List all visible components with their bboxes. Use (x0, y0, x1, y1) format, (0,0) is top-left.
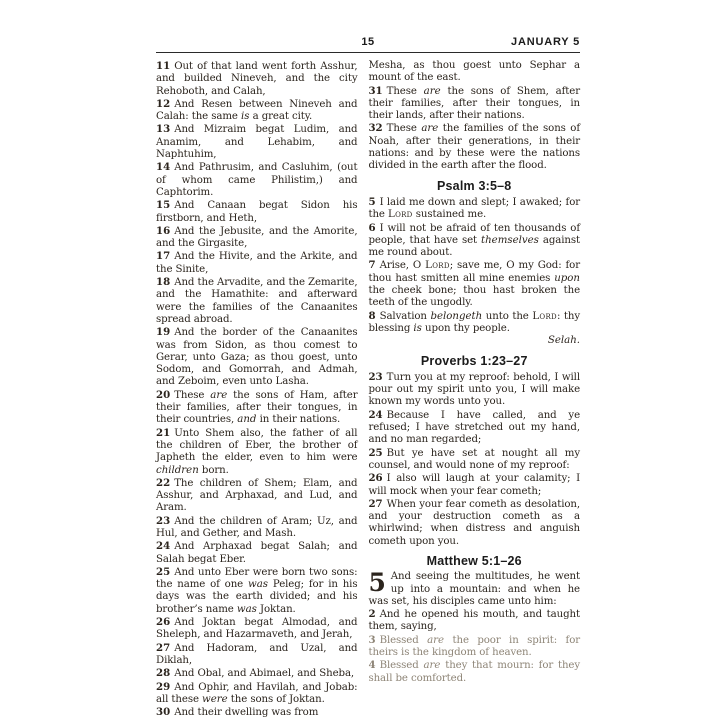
verse: 27And Hadoram, and Uzal, and Diklah, (156, 642, 357, 668)
verse-number: 22 (156, 477, 170, 489)
selah-line: Selah. (368, 335, 580, 347)
verse: 6I will not be afraid of ten thousands o… (368, 222, 580, 260)
verse: 7Arise, O Lord; save me, O my God: for t… (368, 259, 580, 309)
verse-number: 29 (156, 681, 170, 693)
verse-number: 11 (156, 60, 170, 72)
verse: 28And Obal, and Abimael, and Sheba, (156, 667, 357, 680)
verse-number: 26 (156, 616, 170, 628)
section-heading: Psalm 3:5–8 (368, 180, 580, 192)
page-date: JANUARY 5 (511, 36, 580, 48)
verse-number: 21 (156, 427, 170, 439)
verse: 31These are the sons of Shem, after thei… (368, 85, 580, 123)
verse: 26I also will laugh at your calamity; I … (368, 472, 580, 498)
verse-number: 32 (368, 122, 382, 134)
verse-number: 23 (368, 371, 382, 383)
verse: 18And the Arvadite, and the Zemarite, an… (156, 276, 357, 326)
verse-number: 16 (156, 225, 170, 237)
verse: 21Unto Shem also, the father of all the … (156, 427, 357, 477)
verse-number: 25 (156, 566, 170, 578)
verse: 23And the children of Aram; Uz, and Hul,… (156, 515, 357, 541)
verse: 11Out of that land went forth Asshur, an… (156, 60, 357, 98)
verse: 17And the Hivite, and the Arkite, and th… (156, 250, 357, 276)
verse-number: 23 (156, 515, 170, 527)
verse: 23Turn you at my reproof: behold, I will… (368, 371, 580, 409)
verse-number: 15 (156, 199, 170, 211)
verse-number: 30 (156, 706, 170, 718)
header-rule (156, 52, 580, 53)
verse-number: 20 (156, 389, 170, 401)
verse: 12And Resen between Nineveh and Calah: t… (156, 98, 357, 124)
text-columns: 11Out of that land went forth Asshur, an… (156, 60, 580, 719)
verse: 3Blessed are the poor in spirit: for the… (368, 634, 580, 660)
verse: 32These are the families of the sons of … (368, 122, 580, 172)
verse-number: 24 (156, 540, 170, 552)
verse-number: 19 (156, 326, 170, 338)
verse-number: 28 (156, 667, 170, 679)
verse-number: 4 (368, 659, 375, 671)
continued-paragraph: Mesha, as thou goest unto Sephar a mount… (368, 60, 580, 85)
section-heading: Proverbs 1:23–27 (368, 355, 580, 367)
verse: 26And Joktan begat Almodad, and Sheleph,… (156, 616, 357, 642)
verse-number: 8 (368, 310, 375, 322)
verse: 25But ye have set at nought all my couns… (368, 447, 580, 473)
verse-number: 5 (368, 196, 375, 208)
verse: 19And the border of the Canaanites was f… (156, 326, 357, 388)
small-caps-lord: Lord (532, 311, 557, 322)
verse-number: 31 (368, 85, 382, 97)
verse-number: 24 (368, 409, 382, 421)
verse-number: 18 (156, 276, 170, 288)
verse: 14And Pathrusim, and Casluhim, (out of w… (156, 161, 357, 199)
verse-number: 25 (368, 447, 382, 459)
verse: 27When your fear cometh as desolation, a… (368, 498, 580, 548)
verse-number: 13 (156, 123, 170, 135)
verse-number: 12 (156, 98, 170, 110)
verse-number: 2 (368, 608, 375, 620)
verse-number: 26 (368, 472, 382, 484)
verse: 4Blessed are they that mourn: for they s… (368, 659, 580, 685)
verse: 2And he opened his mouth, and taught the… (368, 608, 580, 634)
verse-number: 14 (156, 161, 170, 173)
verse-number: 3 (368, 634, 375, 646)
bible-page: 15 JANUARY 5 11Out of that land went for… (156, 0, 580, 719)
chapter-opening-verse: 5And seeing the multitudes, he went up i… (368, 571, 580, 608)
verse: 8Salvation belongeth unto the Lord: thy … (368, 310, 580, 336)
verse: 25And unto Eber were born two sons: the … (156, 566, 357, 616)
chapter-number: 5 (368, 572, 385, 593)
verse: 5I laid me down and slept; I awaked; for… (368, 196, 580, 222)
verse: 24Because I have called, and ye refused;… (368, 409, 580, 447)
verse-number: 17 (156, 250, 170, 262)
column-right: Mesha, as thou goest unto Sephar a mount… (368, 60, 580, 719)
verse: 16And the Jebusite, and the Amorite, and… (156, 225, 357, 251)
section-heading: Matthew 5:1–26 (368, 555, 580, 567)
column-left: 11Out of that land went forth Asshur, an… (156, 60, 357, 719)
verse: 13And Mizraim begat Ludim, and Anamim, a… (156, 123, 357, 161)
verse: 30And their dwelling was from (156, 706, 357, 719)
verse-number: 27 (368, 498, 382, 510)
verse: 29And Ophir, and Havilah, and Jobab: all… (156, 681, 357, 707)
verse: 15And Canaan begat Sidon his firstborn, … (156, 199, 357, 225)
running-head: 15 JANUARY 5 (156, 36, 580, 50)
verse: 20These are the sons of Ham, after their… (156, 389, 357, 427)
verse-number: 27 (156, 642, 170, 654)
small-caps-lord: Lord (388, 209, 413, 220)
small-caps-lord: Lord (425, 260, 450, 271)
verse: 22The children of Shem; Elam, and Asshur… (156, 477, 357, 515)
verse: 24And Arphaxad begat Salah; and Salah be… (156, 540, 357, 566)
verse-number: 7 (368, 259, 375, 271)
verse-number: 6 (368, 222, 375, 234)
